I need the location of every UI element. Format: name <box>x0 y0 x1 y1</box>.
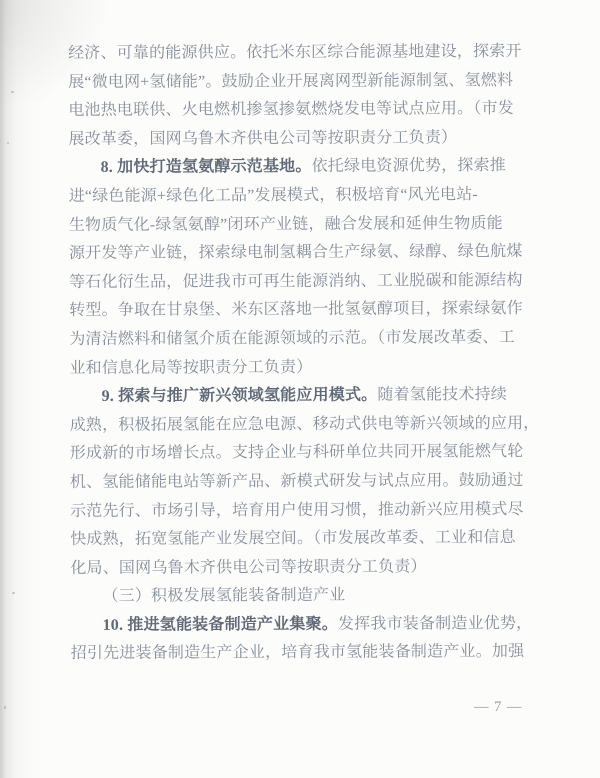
text-line: 等石化衍生品，促进我市可再生能源消纳、工业脱碳和能源结构 <box>69 267 543 298</box>
line-text: （三）积极发展氢能装备制造产业 <box>102 587 345 605</box>
scan-speck <box>4 706 6 709</box>
text-line: 展改革委，国网乌鲁木齐供电公司等按职责分工负责） <box>68 124 542 155</box>
line-text: 源开发等产业链，探索绿电制氢耦合生产绿氨、绿醇、绿色航煤 <box>69 243 523 262</box>
line-text: 成熟，积极拓展氢能在应急电源、移动式供电等新兴领域的应用， <box>70 415 540 434</box>
text-line: 8. 加快打造氢氨醇示范基地。依托绿电资源优势，探索推 <box>68 152 542 183</box>
line-text: 展改革委，国网乌鲁木齐供电公司等按职责分工负责） <box>68 129 457 148</box>
line-text: 生物质气化-绿氢氨醇”闭环产业链，融合发展和延伸生物质能 <box>69 215 503 234</box>
paragraph-lead-bold: 10. 推进氢能装备制造产业集聚。 <box>103 616 338 634</box>
paragraph-lead-bold: 9. 探索与推广新兴领域氢能应用模式。 <box>102 387 378 405</box>
line-text: 电池热电联供、火电燃机掺氢掺氨燃烧发电等试点应用。（市发 <box>68 100 514 119</box>
text-line: 快成熟，拓宽氢能产业发展空间。（市发展改革委、工业和信息 <box>70 524 544 555</box>
line-text: 发挥我市装备制造业优势， <box>338 615 532 633</box>
line-text: 展“微电网+氢储能”。鼓励企业开展离网型新能源制氢、氢燃料 <box>68 72 513 91</box>
line-text: 快成熟，拓宽氢能产业发展空间。（市发展改革委、工业和信息 <box>70 529 516 548</box>
line-text: 转型。争取在甘泉堡、米东区落地一批氢氨醇项目，探索绿氨作 <box>69 300 523 319</box>
line-text: 业和信息化局等按职责分工负责） <box>69 358 312 376</box>
text-line: 展“微电网+氢储能”。鼓励企业开展离网型新能源制氢、氢燃料 <box>68 67 542 98</box>
line-text: 为清洁燃料和储氢介质在能源领域的示范。（市发展改革委、工 <box>69 329 515 348</box>
text-line: 化局、国网乌鲁木齐供电公司等按职责分工负责） <box>70 553 544 584</box>
text-line: 招引先进装备制造生产企业，培育我市氢能装备制造产业。加强 <box>71 638 545 669</box>
paragraph-lead-bold: 8. 加快打造氢氨醇示范基地。 <box>101 158 312 176</box>
scan-speck <box>12 592 15 594</box>
line-text: 机、氢能储能电站等新产品、新模式研发与试点应用。鼓励通过 <box>70 472 524 491</box>
line-text: 招引先进装备制造生产企业，培育我市氢能装备制造产业。加强 <box>71 643 525 662</box>
page-number: — 7 — <box>474 699 523 716</box>
text-line: 经济、可靠的能源供应。依托米东区综合能源基地建设，探索开 <box>68 38 542 69</box>
document-body: 经济、可靠的能源供应。依托米东区综合能源基地建设，探索开展“微电网+氢储能”。鼓… <box>68 38 545 669</box>
text-line: 进“绿色能源+绿色化工品”发展模式，积极培育“风光电站- <box>69 181 543 212</box>
text-line: 转型。争取在甘泉堡、米东区落地一批氢氨醇项目，探索绿氨作 <box>69 295 543 326</box>
text-line: 为清洁燃料和储氢介质在能源领域的示范。（市发展改革委、工 <box>69 324 543 355</box>
text-line: 电池热电联供、火电燃机掺氢掺氨燃烧发电等试点应用。（市发 <box>68 95 542 126</box>
text-line: 9. 探索与推广新兴领域氢能应用模式。随着氢能技术持续 <box>69 381 543 412</box>
line-text: 等石化衍生品，促进我市可再生能源消纳、工业脱碳和能源结构 <box>69 272 523 291</box>
line-text: 示范先行、市场引导，培育用户使用习惯，推动新兴应用模式尽 <box>70 501 524 520</box>
text-line: 业和信息化局等按职责分工负责） <box>69 352 543 383</box>
line-text: 进“绿色能源+绿色化工品”发展模式，积极培育“风光电站- <box>69 186 478 205</box>
line-text: 依托绿电资源优势，探索推 <box>312 157 506 175</box>
scanned-document-page: 经济、可靠的能源供应。依托米东区综合能源基地建设，探索开展“微电网+氢储能”。鼓… <box>0 0 600 778</box>
line-text: 化局、国网乌鲁木齐供电公司等按职责分工负责） <box>70 558 426 577</box>
text-line: 示范先行、市场引导，培育用户使用习惯，推动新兴应用模式尽 <box>70 495 544 526</box>
line-text: 经济、可靠的能源供应。依托米东区综合能源基地建设，探索开 <box>68 43 522 62</box>
line-text: 形成新的市场增长点。支持企业与科研单位共同开展氢能燃气轮 <box>70 443 524 462</box>
text-line: （三）积极发展氢能装备制造产业 <box>70 581 544 612</box>
scan-speck <box>11 91 14 93</box>
text-line: 机、氢能储能电站等新产品、新模式研发与试点应用。鼓励通过 <box>70 467 544 498</box>
text-line: 10. 推进氢能装备制造产业集聚。发挥我市装备制造业优势， <box>70 610 544 641</box>
text-line: 成熟，积极拓展氢能在应急电源、移动式供电等新兴领域的应用， <box>70 410 544 441</box>
line-text: 随着氢能技术持续 <box>377 386 507 404</box>
scan-speck <box>7 142 9 144</box>
text-line: 生物质气化-绿氢氨醇”闭环产业链，融合发展和延伸生物质能 <box>69 209 543 240</box>
text-line: 形成新的市场增长点。支持企业与科研单位共同开展氢能燃气轮 <box>70 438 544 469</box>
text-line: 源开发等产业链，探索绿电制氢耦合生产绿氨、绿醇、绿色航煤 <box>69 238 543 269</box>
